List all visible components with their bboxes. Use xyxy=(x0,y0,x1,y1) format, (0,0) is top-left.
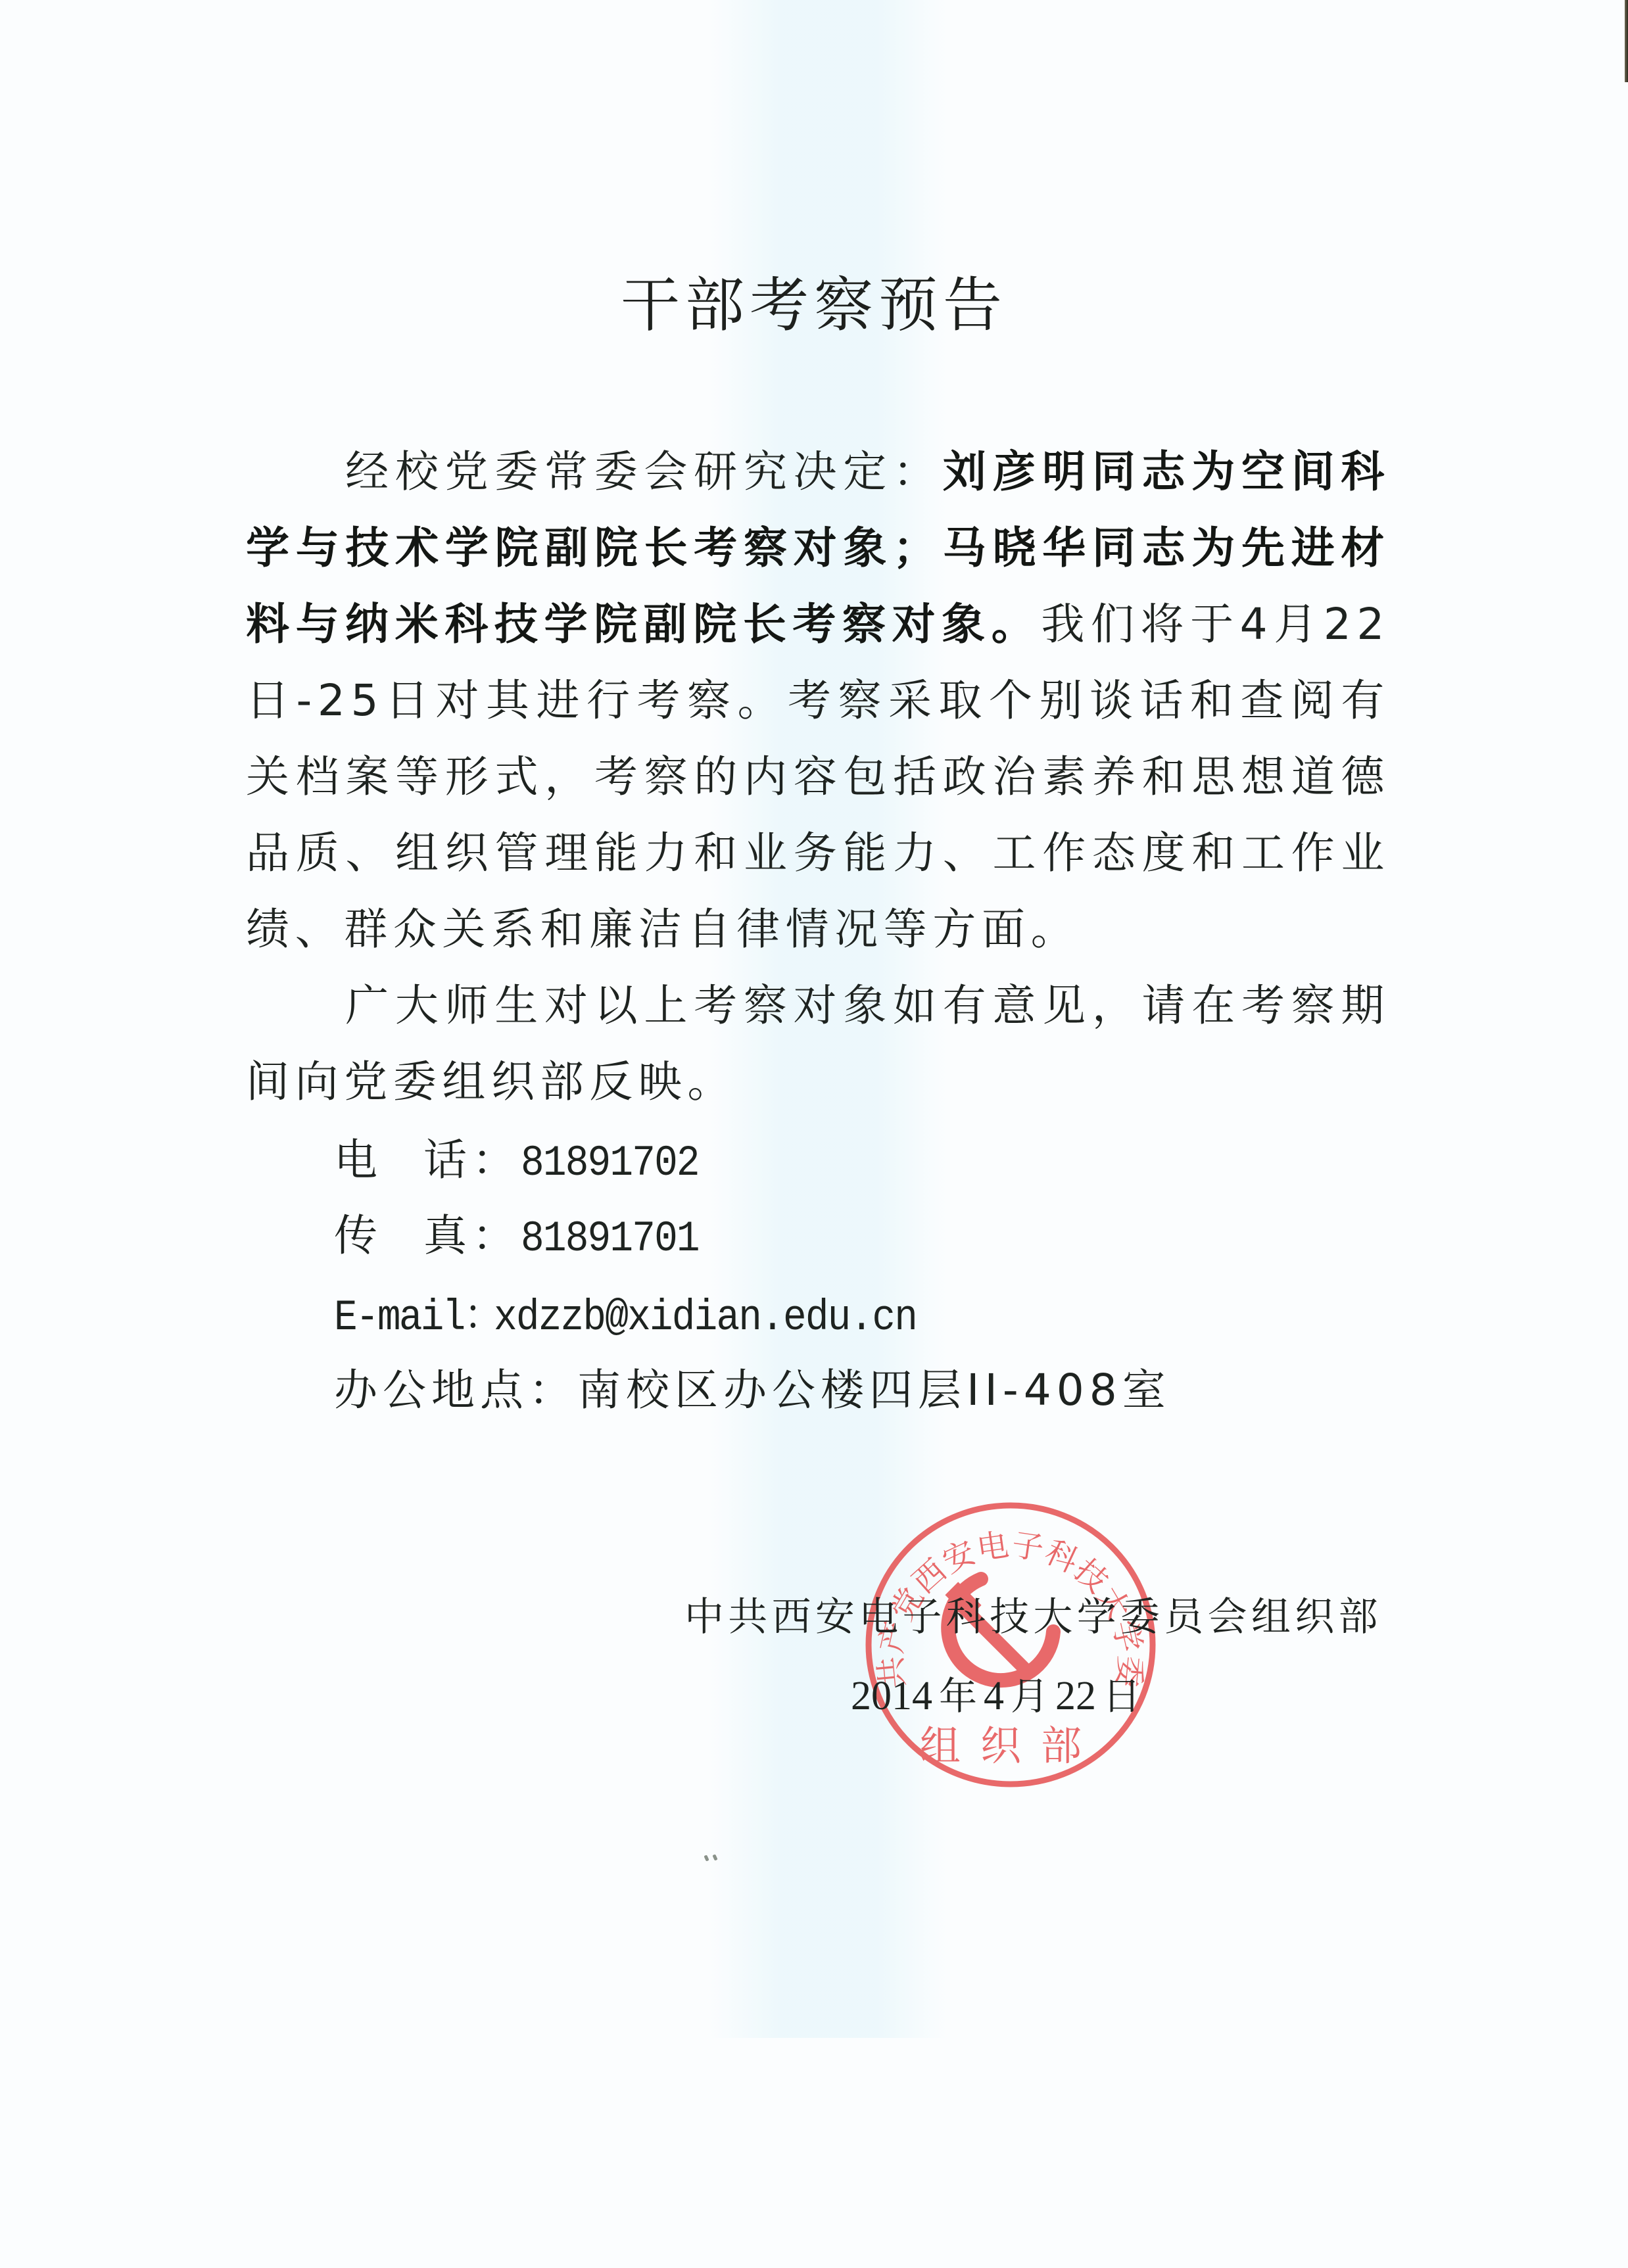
fax-label-a: 传 xyxy=(334,1210,383,1261)
office-label: 办公地点： xyxy=(334,1365,577,1415)
fax-number: 81891701 xyxy=(521,1201,699,1277)
date-year-unit: 年 xyxy=(939,1674,977,1718)
date-day: 22 xyxy=(1055,1674,1096,1718)
issue-date: 2014年4月22日 xyxy=(851,1670,1147,1722)
contact-fax: 传真：81891701 xyxy=(334,1198,719,1277)
date-month: 4 xyxy=(984,1674,1004,1718)
paragraph-lead: 经校党委常委会研究决定： xyxy=(345,446,943,497)
paragraph-body: 我们将于4月22日-25日对其进行考察。考察采取个别谈话和查阅有关档案等形式，考… xyxy=(246,599,1390,955)
date-day-unit: 日 xyxy=(1103,1674,1141,1718)
contact-email: E-mail：xdzzb@xidian.edu.cn xyxy=(334,1277,963,1356)
stamp-bottom-text: 组织部 xyxy=(920,1722,1101,1770)
phone-number: 81891702 xyxy=(521,1125,699,1202)
phone-label-b: 话： xyxy=(423,1135,521,1185)
paragraph-feedback: 广大师生对以上考察对象如有意见，请在考察期间向党委组织部反映。 xyxy=(246,968,1390,1120)
phone-label-a: 电 xyxy=(334,1135,383,1185)
feedback-text: 广大师生对以上考察对象如有意见，请在考察期间向党委组织部反映。 xyxy=(246,980,1390,1107)
date-month-unit: 月 xyxy=(1011,1674,1049,1718)
official-seal-stamp: 中国共产党西安电子科技大学委员会 组织部 xyxy=(863,1500,1159,1789)
document-title: 干部考察预告 xyxy=(0,273,1628,339)
scan-speck xyxy=(704,1855,709,1861)
email-label: E-mail： xyxy=(334,1280,501,1356)
issuer-signature: 中共西安电子科技大学委员会组织部 xyxy=(684,1591,1382,1643)
contact-phone: 电话：81891702 xyxy=(334,1122,719,1202)
scan-edge-shadow xyxy=(1625,0,1628,82)
contact-office: 办公地点：南校区办公楼四层II-408室 xyxy=(334,1352,1171,1429)
paragraph-announcement: 经校党委常委会研究决定：刘彦明同志为空间科学与技术学院副院长考察对象；马晓华同志… xyxy=(246,434,1390,968)
office-location: 南校区办公楼四层II-408室 xyxy=(577,1365,1171,1415)
fax-label-b: 真： xyxy=(423,1210,521,1261)
date-year: 2014 xyxy=(851,1674,932,1718)
email-address: xdzzb@xidian.edu.cn xyxy=(494,1280,917,1356)
